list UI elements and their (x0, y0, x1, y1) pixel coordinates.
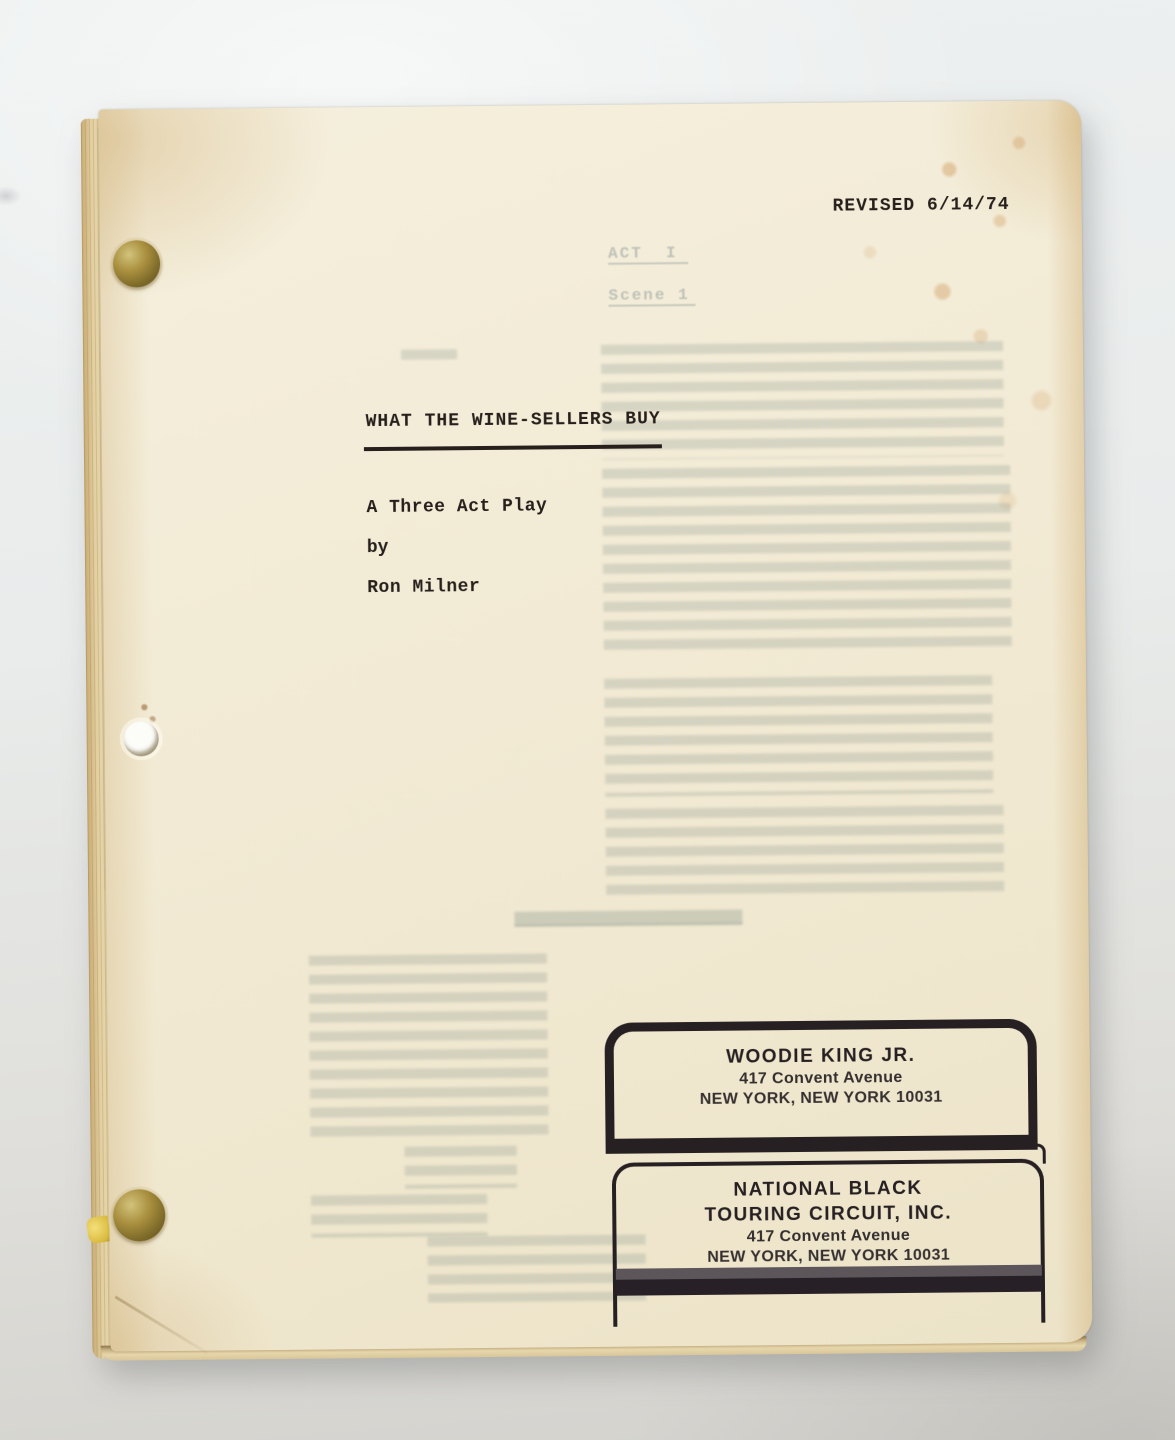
photo-of-script: ACT I Scene 1 REVISED 6/14/74 WHAT THE W… (0, 0, 1175, 1440)
bleedthrough-lyrics (405, 1146, 517, 1189)
bleedthrough-paragraph (601, 341, 1004, 460)
bleedthrough-paragraph (605, 805, 1004, 903)
address-stamp-national-black: NATIONAL BLACK TOURING CIRCUIT, INC. 417… (612, 1159, 1046, 1327)
bleedthrough-song-heading (514, 910, 742, 927)
brass-brad-top (113, 240, 160, 287)
cover-page: ACT I Scene 1 REVISED 6/14/74 WHAT THE W… (99, 100, 1093, 1351)
yellow-tab (86, 1215, 112, 1244)
stamp-owner-address-line2: NEW YORK, NEW YORK 10031 (614, 1087, 1028, 1111)
play-title: WHAT THE WINE-SELLERS BUY (366, 409, 661, 432)
byline: by (367, 538, 389, 558)
bleedthrough-set-label (401, 349, 457, 362)
bleedthrough-paragraph (604, 675, 993, 797)
bleedthrough-lyrics (309, 953, 549, 1145)
bleedthrough-scene-heading: Scene 1 (608, 286, 695, 307)
address-stamp-woodie-king: WOODIE KING JR. 417 Convent Avenue NEW Y… (604, 1019, 1037, 1140)
bleedthrough-act-heading: ACT I (608, 244, 688, 265)
stamp-ink-band (616, 1265, 1042, 1296)
bleedthrough-lyrics (311, 1194, 487, 1238)
corner-crease (114, 1296, 208, 1355)
script-stack: ACT I Scene 1 REVISED 6/14/74 WHAT THE W… (81, 95, 1097, 1361)
punched-hole (124, 721, 159, 756)
bleedthrough-paragraph (602, 465, 1012, 657)
play-subtitle: A Three Act Play (366, 496, 547, 518)
brass-brad-bottom (113, 1189, 165, 1241)
revised-date: REVISED 6/14/74 (833, 195, 1010, 217)
author-name: Ron Milner (367, 577, 480, 598)
